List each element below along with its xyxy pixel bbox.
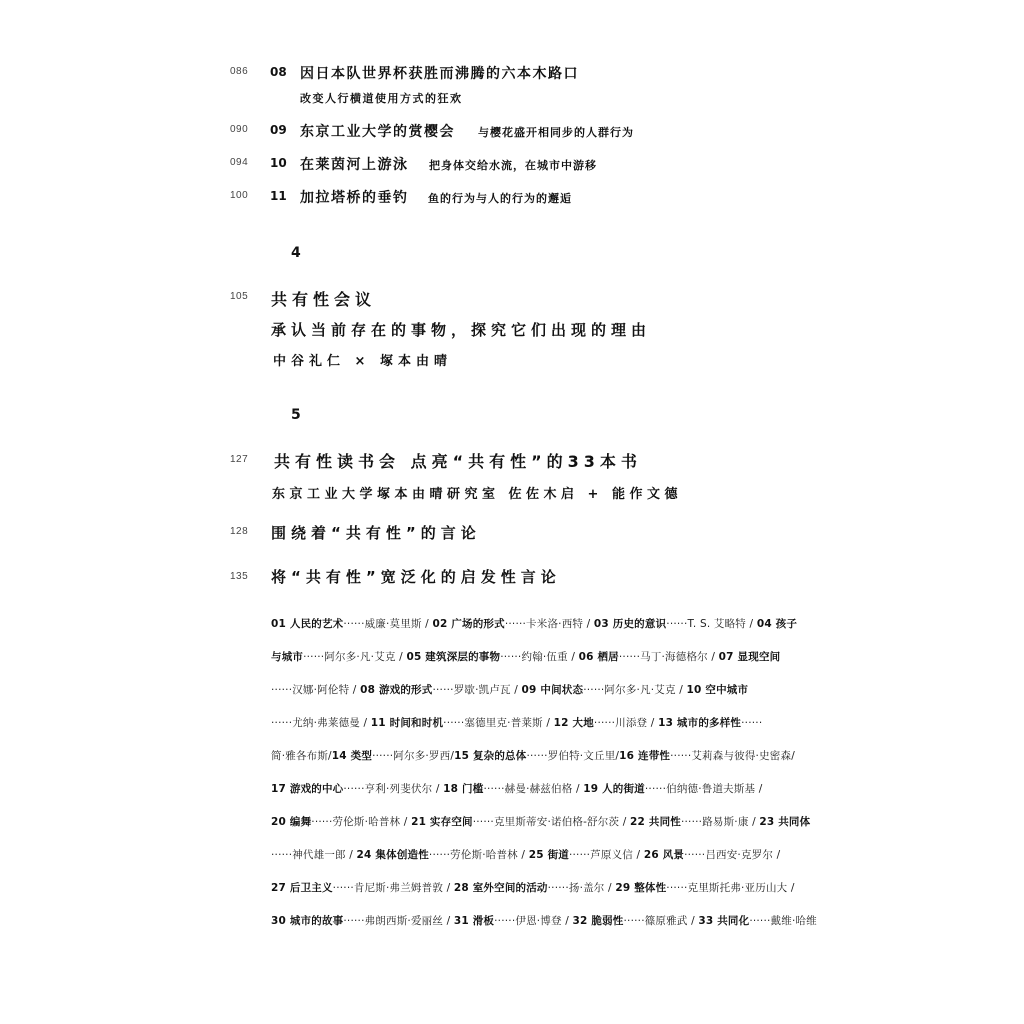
book-author: 简·雅各布斯/ bbox=[271, 750, 332, 762]
page-number: 127 bbox=[230, 454, 248, 465]
page-number: 100 bbox=[230, 190, 248, 201]
book-author: ······神代雄一郎 / bbox=[271, 849, 357, 861]
book-list-line: ······神代雄一郎 / 24 集体创造性······劳伦斯·哈普林 / 25… bbox=[271, 847, 780, 862]
book-author: ······赫曼·赫兹伯格 / bbox=[483, 783, 583, 795]
section-title: 共有性读书会 点亮“共有性”的33本书 bbox=[274, 449, 642, 472]
section-authors: 东京工业大学塚本由晴研究室 佐佐木启 + 能作文德 bbox=[272, 483, 682, 502]
chapter-title: 因日本队世界杯获胜而沸腾的六本木路口 bbox=[300, 63, 579, 83]
book-author: ······阿尔多·凡·艾克 / bbox=[583, 684, 686, 696]
book-list-line: 01 人民的艺术······威廉·莫里斯 / 02 广场的形式······卡米洛… bbox=[271, 616, 797, 631]
book-author: ······尤纳·弗莱德曼 / bbox=[271, 717, 371, 729]
book-title: 23 共同体 bbox=[759, 816, 810, 828]
book-list-line: ······尤纳·弗莱德曼 / 11 时间和时机······塞德里克·普莱斯 /… bbox=[271, 715, 762, 730]
book-author: ······芦原义信 / bbox=[569, 849, 644, 861]
book-author: ······戴维·哈维 bbox=[749, 915, 817, 927]
book-title: 19 人的街道 bbox=[583, 783, 645, 795]
book-author: ······威廉·莫里斯 / bbox=[343, 618, 432, 630]
book-title: 33 共同化 bbox=[698, 915, 749, 927]
book-author: ······扬·盖尔 / bbox=[548, 882, 616, 894]
book-title: 16 连带性 bbox=[619, 750, 670, 762]
book-author: ······马丁·海德格尔 / bbox=[619, 651, 719, 663]
page-number: 135 bbox=[230, 571, 248, 582]
chapter-number: 09 bbox=[270, 123, 287, 137]
part-number: 4 bbox=[291, 245, 301, 261]
book-author: ······汉娜·阿伦特 / bbox=[271, 684, 360, 696]
book-title: 04 孩子 bbox=[757, 618, 797, 630]
book-author: ······劳伦斯·哈普林 / bbox=[429, 849, 529, 861]
section-subtitle: 承认当前存在的事物，探究它们出现的理由 bbox=[271, 319, 651, 340]
book-title: 30 城市的故事 bbox=[271, 915, 343, 927]
chapter-subtitle: 把身体交给水流，在城市中游移 bbox=[429, 157, 597, 173]
book-title: 07 显现空间 bbox=[719, 651, 781, 663]
chapter-number: 11 bbox=[270, 189, 287, 203]
chapter-subtitle: 鱼的行为与人的行为的邂逅 bbox=[428, 190, 572, 206]
chapter-number: 10 bbox=[270, 156, 287, 170]
book-title: 17 游戏的中心 bbox=[271, 783, 343, 795]
book-title: 01 人民的艺术 bbox=[271, 618, 343, 630]
chapter-number: 08 bbox=[270, 65, 287, 79]
book-title: 24 集体创造性 bbox=[357, 849, 429, 861]
book-title: 25 街道 bbox=[529, 849, 569, 861]
book-title: 13 城市的多样性 bbox=[658, 717, 741, 729]
book-title: 02 广场的形式 bbox=[432, 618, 504, 630]
book-author: ······阿尔多·凡·艾克 / bbox=[303, 651, 406, 663]
book-title: 28 室外空间的活动 bbox=[454, 882, 548, 894]
page-number: 128 bbox=[230, 526, 248, 537]
chapter-title: 东京工业大学的赏樱会 bbox=[300, 121, 455, 141]
book-author: ······塞德里克·普莱斯 / bbox=[443, 717, 553, 729]
book-author: ······卡米洛·西特 / bbox=[505, 618, 594, 630]
book-author: ······罗歇·凯卢瓦 / bbox=[432, 684, 521, 696]
book-author: ······克里斯托弗·亚历山大 / bbox=[666, 882, 794, 894]
book-author: ······亨利·列斐伏尔 / bbox=[343, 783, 443, 795]
book-list-line: 20 编舞······劳伦斯·哈普林 / 21 实存空间······克里斯蒂安·… bbox=[271, 814, 810, 829]
book-title: 32 脆弱性 bbox=[573, 915, 624, 927]
page-number: 086 bbox=[230, 66, 248, 77]
chapter-subtitle: 改变人行横道使用方式的狂欢 bbox=[300, 90, 463, 106]
book-title: 20 编舞 bbox=[271, 816, 311, 828]
book-author: ······伯纳德·鲁道夫斯基 / bbox=[645, 783, 763, 795]
book-title: 31 滑板 bbox=[454, 915, 494, 927]
book-list-line: 30 城市的故事······弗朗西斯·爱丽丝 / 31 滑板······伊恩·博… bbox=[271, 913, 817, 928]
book-title: 22 共同性 bbox=[630, 816, 681, 828]
section-title: 共有性会议 bbox=[271, 287, 376, 310]
book-author: ······艾莉森与彼得·史密森/ bbox=[670, 750, 795, 762]
book-title: 18 门槛 bbox=[443, 783, 483, 795]
book-list-line: ······汉娜·阿伦特 / 08 游戏的形式······罗歇·凯卢瓦 / 09… bbox=[271, 682, 748, 697]
book-author: ······吕西安·克罗尔 / bbox=[684, 849, 780, 861]
chapter-title: 加拉塔桥的垂钓 bbox=[300, 187, 409, 207]
book-title: 11 时间和时机 bbox=[371, 717, 443, 729]
book-title: 08 游戏的形式 bbox=[360, 684, 432, 696]
part-number: 5 bbox=[291, 407, 301, 423]
book-author: ······劳伦斯·哈普林 / bbox=[311, 816, 411, 828]
book-list-line: 简·雅各布斯/14 类型······阿尔多·罗西/15 复杂的总体······罗… bbox=[271, 748, 795, 763]
book-title: 14 类型 bbox=[332, 750, 372, 762]
page-number: 105 bbox=[230, 291, 248, 302]
book-author: ······ bbox=[741, 717, 762, 729]
book-author: ······伊恩·博登 / bbox=[494, 915, 572, 927]
book-author: ······篠原雅武 / bbox=[624, 915, 699, 927]
book-title: 与城市 bbox=[271, 651, 303, 663]
book-list-line: 17 游戏的中心······亨利·列斐伏尔 / 18 门槛······赫曼·赫兹… bbox=[271, 781, 763, 796]
section-title: 将“共有性”宽泛化的启发性言论 bbox=[271, 566, 561, 587]
book-title: 10 空中城市 bbox=[687, 684, 749, 696]
book-title: 15 复杂的总体 bbox=[454, 750, 526, 762]
book-title: 29 整体性 bbox=[615, 882, 666, 894]
book-author: ······肯尼斯·弗兰姆普敦 / bbox=[333, 882, 454, 894]
book-list-line: 27 后卫主义······肯尼斯·弗兰姆普敦 / 28 室外空间的活动·····… bbox=[271, 880, 795, 895]
section-authors: 中谷礼仁 × 塚本由晴 bbox=[273, 350, 452, 369]
book-title: 06 栖居 bbox=[579, 651, 619, 663]
book-author: ······约翰·伍重 / bbox=[500, 651, 578, 663]
chapter-title: 在莱茵河上游泳 bbox=[300, 154, 409, 174]
book-author: ······路易斯·康 / bbox=[681, 816, 759, 828]
book-author: ······弗朗西斯·爱丽丝 / bbox=[343, 915, 453, 927]
book-title: 09 中间状态 bbox=[522, 684, 584, 696]
book-author: ······T. S. 艾略特 / bbox=[666, 618, 757, 630]
page-number: 094 bbox=[230, 157, 248, 168]
book-title: 27 后卫主义 bbox=[271, 882, 333, 894]
book-author: ······罗伯特·文丘里/ bbox=[526, 750, 619, 762]
book-title: 12 大地 bbox=[554, 717, 594, 729]
book-title: 05 建筑深层的事物 bbox=[406, 651, 500, 663]
page-number: 090 bbox=[230, 124, 248, 135]
book-title: 26 风景 bbox=[644, 849, 684, 861]
section-title: 围绕着“共有性”的言论 bbox=[271, 522, 481, 543]
book-list-line: 与城市······阿尔多·凡·艾克 / 05 建筑深层的事物······约翰·伍… bbox=[271, 649, 780, 664]
book-title: 21 实存空间 bbox=[411, 816, 473, 828]
book-title: 03 历史的意识 bbox=[594, 618, 666, 630]
book-author: ······克里斯蒂安·诺伯格-舒尔茨 / bbox=[473, 816, 630, 828]
book-author: ······阿尔多·罗西/ bbox=[372, 750, 454, 762]
book-author: ······川添登 / bbox=[594, 717, 658, 729]
chapter-subtitle: 与樱花盛开相同步的人群行为 bbox=[478, 124, 634, 140]
